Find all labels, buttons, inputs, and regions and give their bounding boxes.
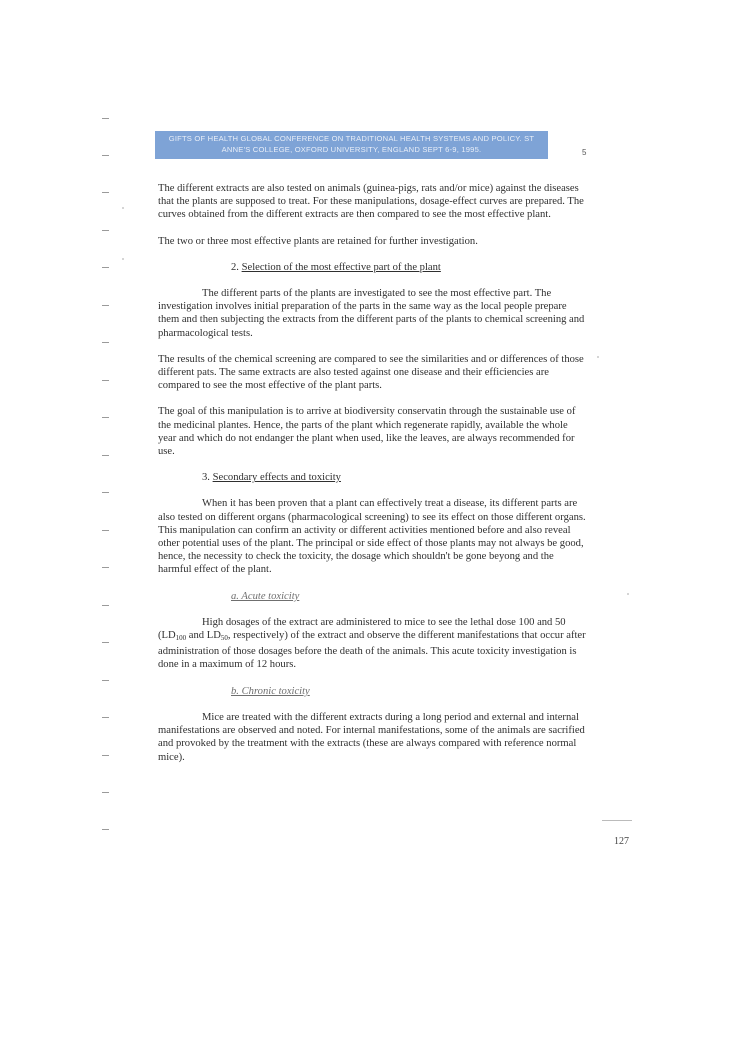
left-margin-punch-marks	[102, 0, 122, 1053]
margin-dash-icon	[102, 492, 109, 493]
acute-text-part-2: and LD	[186, 630, 221, 641]
scan-speck-icon	[122, 258, 124, 260]
paragraph-chemical-screening: The results of the chemical screening ar…	[158, 353, 588, 393]
paragraph-retained-plants: The two or three most effective plants a…	[158, 235, 588, 248]
margin-dash-icon	[102, 792, 109, 793]
section-3-number: 3.	[202, 472, 210, 483]
paragraph-animal-testing: The different extracts are also tested o…	[158, 182, 588, 222]
document-body: The different extracts are also tested o…	[158, 182, 588, 764]
conference-header-banner: GIFTS OF HEALTH GLOBAL CONFERENCE ON TRA…	[155, 131, 548, 159]
margin-dash-icon	[102, 829, 109, 830]
margin-dash-icon	[102, 567, 109, 568]
margin-dash-icon	[102, 642, 109, 643]
subsection-chronic-toxicity-heading: b. Chronic toxicity	[158, 685, 588, 698]
margin-dash-icon	[102, 680, 109, 681]
section-2-heading: 2. Selection of the most effective part …	[158, 261, 588, 274]
margin-dash-icon	[102, 342, 109, 343]
banner-line-1: GIFTS OF HEALTH GLOBAL CONFERENCE ON TRA…	[155, 134, 548, 145]
margin-dash-icon	[102, 230, 109, 231]
ld50-subscript: 50	[221, 634, 228, 642]
subsection-acute-toxicity-heading: a. Acute toxicity	[158, 590, 588, 603]
margin-dash-icon	[102, 755, 109, 756]
margin-dash-icon	[102, 717, 109, 718]
ld100-subscript: 100	[176, 634, 187, 642]
margin-dash-icon	[102, 192, 109, 193]
document-page: GIFTS OF HEALTH GLOBAL CONFERENCE ON TRA…	[0, 0, 745, 1053]
margin-dash-icon	[102, 267, 109, 268]
paragraph-pharmacological-screening: When it has been proven that a plant can…	[158, 497, 588, 576]
banner-line-2: ANNE'S COLLEGE, OXFORD UNIVERSITY, ENGLA…	[155, 145, 548, 156]
margin-dash-icon	[102, 155, 109, 156]
margin-dash-icon	[102, 605, 109, 606]
scan-speck-icon	[627, 593, 629, 595]
section-3-heading: 3. Secondary effects and toxicity	[158, 471, 588, 484]
paragraph-biodiversity-goal: The goal of this manipulation is to arri…	[158, 405, 588, 458]
margin-dash-icon	[102, 118, 109, 119]
paragraph-acute-toxicity: High dosages of the extract are administ…	[158, 616, 588, 672]
section-3-title: Secondary effects and toxicity	[213, 472, 341, 483]
footer-page-number: 127	[614, 836, 629, 847]
margin-dash-icon	[102, 417, 109, 418]
margin-dash-icon	[102, 455, 109, 456]
header-page-number: 5	[582, 148, 586, 157]
margin-dash-icon	[102, 380, 109, 381]
margin-dash-icon	[102, 305, 109, 306]
section-2-number: 2.	[231, 262, 239, 273]
section-2-title: Selection of the most effective part of …	[242, 262, 441, 273]
scan-speck-icon	[122, 207, 124, 209]
paragraph-chronic-toxicity: Mice are treated with the different extr…	[158, 711, 588, 764]
margin-dash-icon	[102, 530, 109, 531]
scan-speck-icon	[597, 356, 599, 358]
paragraph-plant-parts: The different parts of the plants are in…	[158, 287, 588, 340]
footer-rule	[602, 820, 632, 821]
